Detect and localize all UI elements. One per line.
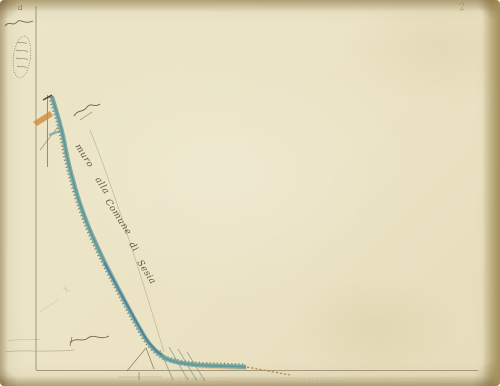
seal-inscription-scribble [16, 42, 28, 68]
riverside-scribble [74, 104, 100, 120]
road-dashed-continuation [247, 367, 290, 375]
river [51, 96, 290, 375]
river-water-core [52, 97, 246, 367]
river-bank-hatching [51, 96, 245, 366]
pencil-sketch-lines [5, 286, 74, 352]
top-left-inscription-scribble [5, 21, 33, 26]
bottom-left-note-scribble [70, 336, 109, 346]
river-water [52, 97, 246, 367]
map-sheet: a 2 muro alla Comune di Sesia [0, 0, 500, 386]
seal-cartouche [11, 35, 33, 79]
embankment-line [90, 130, 164, 352]
crossing-path-line [40, 123, 61, 150]
corner-letter: a [18, 3, 23, 12]
map-drawing [0, 0, 500, 386]
seal-outline [11, 35, 33, 79]
